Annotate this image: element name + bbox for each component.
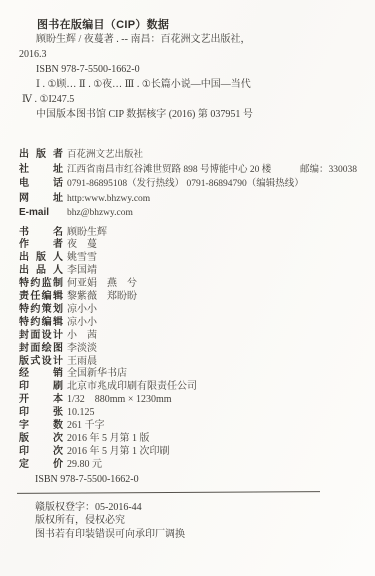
producer-value: 李国靖 (67, 265, 97, 278)
cip-entry-line-2: 2016.3 (19, 47, 356, 62)
cip-entry-line-1: 顾盼生辉 / 夜蔓著 . -- 南昌：百花洲文艺出版社， (19, 32, 356, 47)
edition-row: 版次 2016 年 5 月第 1 版 (19, 433, 356, 446)
website-value: http:www.bhzwy.com (67, 192, 150, 207)
publisher-info-block: 出版者 百花洲文艺出版社 社址 江西省南昌市红谷滩世贸路 898 号博能中心 2… (19, 148, 356, 221)
sheets-value: 10.125 (67, 407, 95, 420)
address-row: 社址 江西省南昌市红谷滩世贸路 898 号博能中心 20 楼 邮编：330038 (19, 163, 356, 178)
special-editor-value: 凉小小 (67, 317, 97, 330)
cip-class-line-2: Ⅳ . ①I247.5 (19, 92, 356, 107)
book-isbn-line: ISBN 978-7-5500-1662-0 (19, 473, 356, 486)
layout-design-row: 版式设计 王雨晨 (19, 356, 356, 369)
author-row: 作者 夜 蔓 (19, 239, 356, 252)
sheets-label: 印张 (19, 407, 63, 420)
author-label: 作者 (19, 239, 63, 252)
cover-design-label: 封面设计 (19, 330, 63, 343)
special-planner-value: 凉小小 (67, 304, 97, 317)
price-row: 定价 29.80 元 (19, 459, 356, 472)
special-planner-row: 特约策划 凉小小 (19, 304, 356, 317)
producer-label: 出品人 (19, 265, 63, 278)
special-editor-row: 特约编辑 凉小小 (19, 317, 356, 330)
word-count-row: 字数 261 千字 (19, 420, 356, 433)
supervisor-value: 何亚娟 燕 兮 (67, 278, 137, 291)
publisher-value: 百花洲文艺出版社 (67, 148, 143, 163)
cover-art-value: 李淡淡 (67, 343, 97, 356)
distribution-row: 经销 全国新华书店 (19, 368, 356, 381)
supervisor-label: 特约监制 (19, 278, 63, 291)
special-editor-label: 特约编辑 (19, 317, 63, 330)
phone-value: 0791-86895108（发行热线） 0791-86894790（编辑热线） (67, 177, 304, 192)
publisher-label: 出版者 (19, 148, 63, 163)
publisher-row: 出版者 百花洲文艺出版社 (19, 148, 356, 163)
editor-row: 责任编辑 黎紫薇 郑盼盼 (19, 291, 356, 304)
phone-label: 电话 (19, 177, 63, 192)
cip-record-line: 中国版本图书馆 CIP 数据核字 (2016) 第 037951 号 (19, 107, 356, 122)
distribution-label: 经销 (19, 368, 63, 381)
cip-entry-paragraph: 顾盼生辉 / 夜蔓著 . -- 南昌：百花洲文艺出版社， 2016.3 ISBN… (19, 32, 356, 77)
email-label: E-mail (19, 206, 63, 221)
sheets-row: 印张 10.125 (19, 407, 356, 420)
email-row: E-mail bhz@bhzwy.com (19, 206, 356, 221)
book-metadata-block: 书名 顾盼生辉 作者 夜 蔓 出版人 姚雪雪 出品人 李国靖 特约监制 何亚娟 … (19, 227, 356, 472)
impression-value: 2016 年 5 月第 1 次印刷 (67, 446, 170, 459)
printer-row: 印刷 北京市兆成印刷有限责任公司 (19, 381, 356, 394)
postal-code: 邮编：330038 (300, 163, 357, 178)
impression-row: 印次 2016 年 5 月第 1 次印刷 (19, 446, 356, 459)
author-value: 夜 蔓 (67, 239, 97, 252)
cip-classification: Ⅰ . ①顾… Ⅱ . ①夜… Ⅲ . ①长篇小说—中国—当代 Ⅳ . ①I24… (19, 77, 356, 107)
word-count-label: 字数 (19, 420, 63, 433)
website-label: 网址 (19, 192, 63, 207)
cip-class-line-1: Ⅰ . ①顾… Ⅱ . ①夜… Ⅲ . ①长篇小说—中国—当代 (19, 77, 356, 92)
rights-reserved-line: 版权所有，侵权必究 (19, 514, 356, 528)
publisher-person-label: 出版人 (19, 252, 63, 265)
cover-design-row: 封面设计 小 茜 (19, 330, 356, 343)
editor-label: 责任编辑 (19, 291, 63, 304)
email-value: bhz@bhzwy.com (67, 206, 133, 221)
edition-value: 2016 年 5 月第 1 版 (67, 433, 150, 446)
format-value: 1/32 880mm × 1230mm (67, 394, 172, 407)
cover-art-row: 封面绘图 李淡淡 (19, 343, 356, 356)
special-planner-label: 特约策划 (19, 304, 63, 317)
cip-isbn-line: ISBN 978-7-5500-1662-0 (19, 62, 356, 77)
phone-row: 电话 0791-86895108（发行热线） 0791-86894790（编辑热… (19, 177, 356, 192)
price-value: 29.80 元 (67, 459, 102, 472)
cip-record-number: 中国版本图书馆 CIP 数据核字 (2016) 第 037951 号 (19, 107, 356, 122)
cover-design-value: 小 茜 (67, 330, 97, 343)
copyright-footer: 赣版权登字：05-2016-44 版权所有，侵权必究 图书若有印装错误可向承印厂… (19, 501, 356, 542)
layout-design-label: 版式设计 (19, 356, 63, 369)
divider-line (17, 491, 320, 494)
layout-design-value: 王雨晨 (67, 356, 97, 369)
distribution-value: 全国新华书店 (67, 368, 127, 381)
cover-art-label: 封面绘图 (19, 343, 63, 356)
edition-label: 版次 (19, 433, 63, 446)
publisher-person-value: 姚雪雪 (67, 252, 97, 265)
format-label: 开本 (19, 394, 63, 407)
cip-heading: 图书在版编目（CIP）数据 (19, 19, 356, 32)
format-row: 开本 1/32 880mm × 1230mm (19, 394, 356, 407)
supervisor-row: 特约监制 何亚娟 燕 兮 (19, 278, 356, 291)
registration-number-line: 赣版权登字：05-2016-44 (19, 501, 356, 515)
printer-label: 印刷 (19, 381, 63, 394)
publisher-person-row: 出版人 姚雪雪 (19, 252, 356, 265)
copyright-page: 图书在版编目（CIP）数据 顾盼生辉 / 夜蔓著 . -- 南昌：百花洲文艺出版… (0, 0, 375, 576)
producer-row: 出品人 李国靖 (19, 265, 356, 278)
address-label: 社址 (19, 163, 63, 178)
editor-value: 黎紫薇 郑盼盼 (67, 291, 137, 304)
website-row: 网址 http:www.bhzwy.com (19, 192, 356, 207)
printer-value: 北京市兆成印刷有限责任公司 (67, 381, 197, 394)
word-count-value: 261 千字 (67, 420, 105, 433)
book-title-label: 书名 (19, 227, 63, 240)
price-label: 定价 (19, 459, 63, 472)
book-title-row: 书名 顾盼生辉 (19, 227, 356, 240)
book-title-value: 顾盼生辉 (67, 227, 107, 240)
address-value: 江西省南昌市红谷滩世贸路 898 号博能中心 20 楼 (67, 163, 271, 178)
impression-label: 印次 (19, 446, 63, 459)
defect-exchange-line: 图书若有印装错误可向承印厂调换 (19, 528, 356, 542)
